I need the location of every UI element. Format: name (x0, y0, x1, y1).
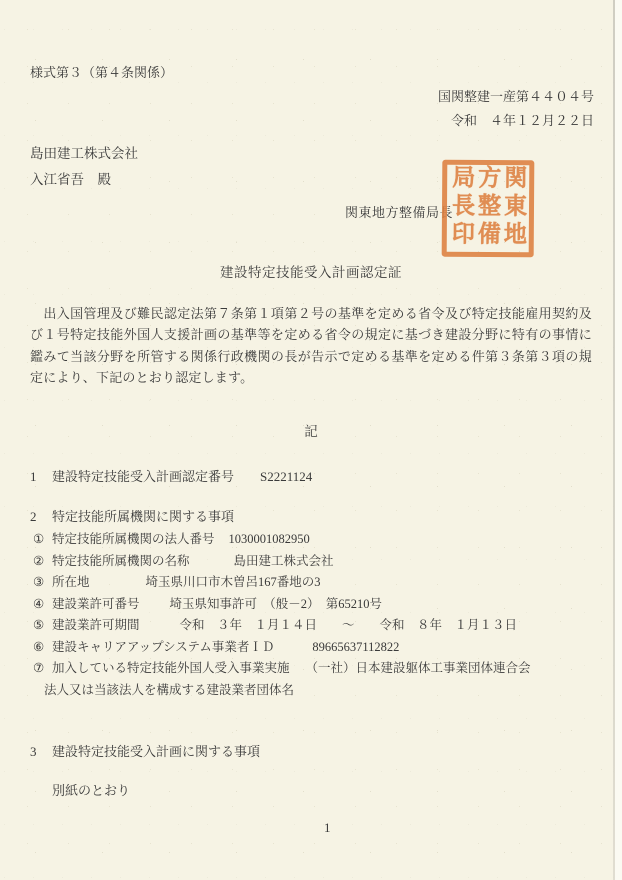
recipient-company: 島田建工株式会社 (30, 142, 138, 162)
item-label: 建設業許可番号 (52, 597, 140, 611)
detail-row-member-association: ⑦加入している特定技能外国人受入事業実施（一社）日本建設躯体工事業団体連合会 (33, 658, 531, 676)
section-number: 3 (30, 744, 52, 760)
item-number: ⑥ (33, 639, 52, 655)
item-label: 特定技能所属機関の名称 (52, 554, 190, 568)
detail-row-address: ③所在地埼玉県川口市木曽呂167番地の3 (33, 572, 321, 590)
item-number: ⑦ (33, 660, 52, 676)
item-label: 所在地 (52, 575, 90, 589)
item-number: ① (33, 531, 52, 547)
body-paragraph: 出入国管理及び難民認定法第７条第１項第２号の基準を定める省令及び特定技能雇用契約… (30, 303, 592, 388)
section1-row: 1建設特定技能受入計画認定番号S2221124 (30, 466, 312, 485)
item-label: 特定技能所属機関の法人番号 (52, 532, 215, 546)
item-number: ② (33, 553, 52, 569)
detail-row-license-period: ⑤建設業許可期間令和 ３年 １月１４日 ～ 令和 ８年 １月１３日 (33, 615, 517, 633)
form-number: 様式第３（第４条関係） (30, 62, 173, 81)
seal-text-column: 関東地 (502, 165, 526, 253)
member-association-label-line2: 法人又は当該法人を構成する建設業者団体名 (44, 680, 294, 698)
detail-row-organization-name: ②特定技能所属機関の名称島田建工株式会社 (33, 551, 334, 569)
document-title: 建設特定技能受入計画認定証 (0, 261, 622, 281)
section-number: 1 (30, 469, 52, 485)
item-value: 1030001082950 (229, 532, 310, 546)
section2-heading-row: 2特定技能所属機関に関する事項 (30, 506, 234, 525)
official-seal-stamp: 関東地 方整備 局長印 (442, 160, 535, 258)
item-number: ⑤ (33, 617, 52, 633)
item-value: 埼玉県知事許可 （般－2） 第65210号 (170, 597, 383, 611)
detail-row-license-number: ④建設業許可番号埼玉県知事許可 （般－2） 第65210号 (33, 594, 382, 612)
item-value: （一社）日本建設躯体工事業団体連合会 (306, 661, 531, 675)
certification-number-value: S2221124 (260, 469, 312, 484)
issuer-title: 関東地方整備局長 (345, 202, 453, 221)
section2-heading: 特定技能所属機関に関する事項 (52, 509, 234, 524)
scanned-document-page: 様式第３（第４条関係） 国関整建一産第４４０４号 令和 ４年１２月２２日 島田建… (0, 0, 622, 880)
detail-row-ccus-id: ⑥建設キャリアアップシステム事業者ＩＤ89665637112822 (33, 637, 399, 655)
section3-value: 別紙のとおり (52, 780, 130, 799)
recipient-person: 入江省吾 殿 (30, 168, 111, 188)
seal-text-column: 方整備 (476, 165, 500, 253)
record-marker: 記 (0, 420, 622, 440)
issue-date: 令和 ４年１２月２２日 (451, 110, 594, 129)
page-number: 1 (324, 820, 331, 836)
item-value: 島田建工株式会社 (234, 554, 334, 568)
item-value: 89665637112822 (312, 640, 399, 654)
reference-number: 国関整建一産第４４０４号 (438, 86, 594, 105)
section3-heading: 建設特定技能受入計画に関する事項 (52, 744, 260, 759)
section1-label: 建設特定技能受入計画認定番号 (52, 469, 234, 484)
item-number: ④ (33, 596, 52, 612)
detail-row-corporate-number: ①特定技能所属機関の法人番号1030001082950 (33, 529, 310, 547)
item-label: 建設業許可期間 (52, 618, 140, 632)
scan-edge-strip (615, 0, 622, 880)
item-value: 令和 ３年 １月１４日 ～ 令和 ８年 １月１３日 (180, 618, 518, 632)
item-label: 加入している特定技能外国人受入事業実施 (52, 661, 290, 675)
item-label: 建設キャリアアップシステム事業者ＩＤ (52, 640, 274, 654)
section-number: 2 (30, 509, 52, 525)
seal-text-column: 局長印 (450, 164, 474, 252)
item-value: 埼玉県川口市木曽呂167番地の3 (146, 575, 321, 589)
item-number: ③ (33, 574, 52, 590)
official-seal-text: 関東地 方整備 局長印 (451, 168, 526, 250)
section3-heading-row: 3建設特定技能受入計画に関する事項 (30, 741, 260, 760)
